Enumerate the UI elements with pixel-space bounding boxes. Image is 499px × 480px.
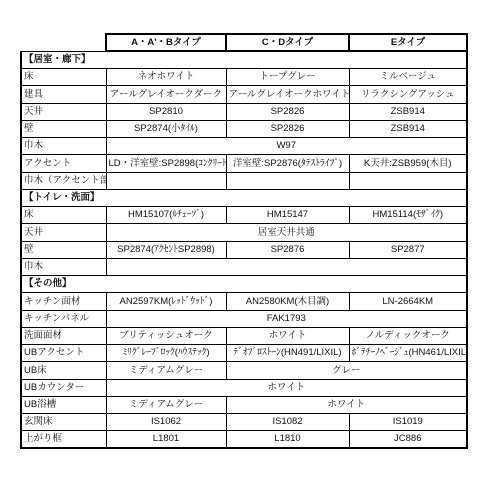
row-label: UB床 <box>21 362 106 379</box>
spec-value-cell <box>106 172 226 189</box>
row-label: UBカウンター <box>21 379 106 396</box>
spec-value-cell: ﾃﾞｵﾌﾞﾛｽﾄｰﾝ(HN491/LIXIL) <box>226 345 349 362</box>
spec-value-cell: LN-2664KM <box>349 293 467 310</box>
section-header: 【トイレ・洗面】 <box>21 189 467 206</box>
spec-value-cell <box>106 258 467 275</box>
table-row: 巾木（アクセント部） <box>21 172 467 189</box>
row-label: 巾木（アクセント部） <box>21 172 106 189</box>
table-row: 上がり框L1801L1810JC886 <box>21 431 467 448</box>
table-row: 建具アールグレイオークダークアールグレイオークホワイトリラクシングアッシュ <box>21 86 467 103</box>
section-header: 【居室・廊下】 <box>21 51 467 68</box>
table-row: 床ネオホワイトトープグレーミルベージュ <box>21 69 467 86</box>
spec-value-cell: LD・洋室壁:SP2898(ｺﾝｸﾘｰﾄ) <box>106 155 226 172</box>
row-label: 床 <box>21 207 106 224</box>
table-row: 巾木W97 <box>21 138 467 155</box>
section-row: 【トイレ・洗面】 <box>21 189 467 206</box>
spec-value-cell: HM15114(ﾓｻﾞｲｸ) <box>349 207 467 224</box>
spec-value-cell: SP2826 <box>226 103 349 120</box>
spec-value-cell: トープグレー <box>226 69 349 86</box>
spec-value-cell: HM15107(ﾙﾁｭｰｿﾞ) <box>106 207 226 224</box>
section-header: 【その他】 <box>21 276 467 293</box>
column-header: A・A'・Bタイプ <box>106 34 226 51</box>
spec-value-cell: グレー <box>226 362 467 379</box>
table-row: キッチン面材AN2597KM(ﾚｯﾄﾞｳｯﾄﾞ)AN2580KM(木目調)LN-… <box>21 293 467 310</box>
spec-table: A・A'・BタイプC・DタイプEタイプ【居室・廊下】床ネオホワイトトープグレーミ… <box>20 33 468 449</box>
table-row: 天井居室天井共通 <box>21 224 467 241</box>
table-row: 洗面面材ブリティッシュオークホワイトノルディックオーク <box>21 327 467 344</box>
spec-value-cell: アールグレイオークホワイト <box>226 86 349 103</box>
spec-value-cell: SP2810 <box>106 103 226 120</box>
spec-value-cell: ホワイト <box>226 396 467 413</box>
spec-value-cell: 居室天井共通 <box>106 224 467 241</box>
row-label: 玄関床 <box>21 414 106 431</box>
section-row: 【その他】 <box>21 276 467 293</box>
spec-value-cell: ZSB914 <box>349 103 467 120</box>
row-label: 床 <box>21 69 106 86</box>
spec-value-cell: FAK1793 <box>106 310 467 327</box>
spec-value-cell: アールグレイオークダーク <box>106 86 226 103</box>
column-header: C・Dタイプ <box>226 34 349 51</box>
spec-value-cell: IS1019 <box>349 414 467 431</box>
spec-value-cell: IS1062 <box>106 414 226 431</box>
spec-value-cell: JC886 <box>349 431 467 448</box>
table-row: 巾木 <box>21 258 467 275</box>
spec-value-cell: L1810 <box>226 431 349 448</box>
table-row: 床HM15107(ﾙﾁｭｰｿﾞ)HM15147HM15114(ﾓｻﾞｲｸ) <box>21 207 467 224</box>
row-label: 壁 <box>21 120 106 137</box>
spec-value-cell: ネオホワイト <box>106 69 226 86</box>
table-row: UB床ミディアムグレーグレー <box>21 362 467 379</box>
spec-value-cell: SP2876 <box>226 241 349 258</box>
row-label: UB浴槽 <box>21 396 106 413</box>
spec-value-cell: AN2597KM(ﾚｯﾄﾞｳｯﾄﾞ) <box>106 293 226 310</box>
header-blank-cell <box>21 34 106 51</box>
spec-value-cell: ﾐﾘｸﾞﾚｰﾌﾞﾛｯｸ(ﾊｳｽﾃｯｸ) <box>106 345 226 362</box>
spec-value-cell: ミディアムグレー <box>106 396 226 413</box>
spec-value-cell: K天井:ZSB959(木目) <box>349 155 467 172</box>
row-label: 巾木 <box>21 258 106 275</box>
row-label: 巾木 <box>21 138 106 155</box>
row-label: 洗面面材 <box>21 327 106 344</box>
row-label: 上がり框 <box>21 431 106 448</box>
column-header: Eタイプ <box>349 34 467 51</box>
header-row: A・A'・BタイプC・DタイプEタイプ <box>21 34 467 51</box>
row-label: 天井 <box>21 224 106 241</box>
row-label: キッチンパネル <box>21 310 106 327</box>
spec-value-cell: ホワイト <box>106 379 467 396</box>
table-row: UB浴槽ミディアムグレーホワイト <box>21 396 467 413</box>
spec-table-body: A・A'・BタイプC・DタイプEタイプ【居室・廊下】床ネオホワイトトープグレーミ… <box>21 34 467 448</box>
document-page: A・A'・BタイプC・DタイプEタイプ【居室・廊下】床ネオホワイトトープグレーミ… <box>0 0 499 480</box>
spec-value-cell: ノルディックオーク <box>349 327 467 344</box>
table-row: 玄関床IS1062IS1082IS1019 <box>21 414 467 431</box>
spec-value-cell: ﾎﾞﾃﾁｰﾉﾍﾞｰｼﾞｭ(HN461/LIXIL) <box>349 345 467 362</box>
spec-value-cell: SP2874(ｱｸｾﾝﾄSP2898) <box>106 241 226 258</box>
row-label: 天井 <box>21 103 106 120</box>
spec-value-cell: リラクシングアッシュ <box>349 86 467 103</box>
spec-value-cell: AN2580KM(木目調) <box>226 293 349 310</box>
spec-value-cell: IS1082 <box>226 414 349 431</box>
spec-value-cell: W97 <box>106 138 467 155</box>
spec-value-cell <box>226 172 349 189</box>
table-row: キッチンパネルFAK1793 <box>21 310 467 327</box>
table-row: UBアクセントﾐﾘｸﾞﾚｰﾌﾞﾛｯｸ(ﾊｳｽﾃｯｸ)ﾃﾞｵﾌﾞﾛｽﾄｰﾝ(HN4… <box>21 345 467 362</box>
spec-value-cell: L1801 <box>106 431 226 448</box>
section-row: 【居室・廊下】 <box>21 51 467 68</box>
table-row: 壁SP2874(ｱｸｾﾝﾄSP2898)SP2876SP2877 <box>21 241 467 258</box>
table-row: UBカウンターホワイト <box>21 379 467 396</box>
spec-value-cell: ミルベージュ <box>349 69 467 86</box>
row-label: UBアクセント <box>21 345 106 362</box>
table-row: アクセントLD・洋室壁:SP2898(ｺﾝｸﾘｰﾄ)洋室壁:SP2876(ﾀﾃｽ… <box>21 155 467 172</box>
spec-value-cell: ホワイト <box>226 327 349 344</box>
spec-value-cell: ミディアムグレー <box>106 362 226 379</box>
spec-value-cell: HM15147 <box>226 207 349 224</box>
table-row: 天井SP2810SP2826ZSB914 <box>21 103 467 120</box>
spec-value-cell: ZSB914 <box>349 120 467 137</box>
spec-value-cell: SP2874(小ﾀｲﾙ) <box>106 120 226 137</box>
spec-value-cell: SP2826 <box>226 120 349 137</box>
row-label: キッチン面材 <box>21 293 106 310</box>
spec-value-cell: 洋室壁:SP2876(ﾀﾃｽﾄﾗｲﾌﾟ) <box>226 155 349 172</box>
spec-value-cell: ブリティッシュオーク <box>106 327 226 344</box>
row-label: アクセント <box>21 155 106 172</box>
row-label: 建具 <box>21 86 106 103</box>
spec-value-cell <box>349 172 467 189</box>
spec-value-cell: SP2877 <box>349 241 467 258</box>
row-label: 壁 <box>21 241 106 258</box>
table-row: 壁SP2874(小ﾀｲﾙ)SP2826ZSB914 <box>21 120 467 137</box>
